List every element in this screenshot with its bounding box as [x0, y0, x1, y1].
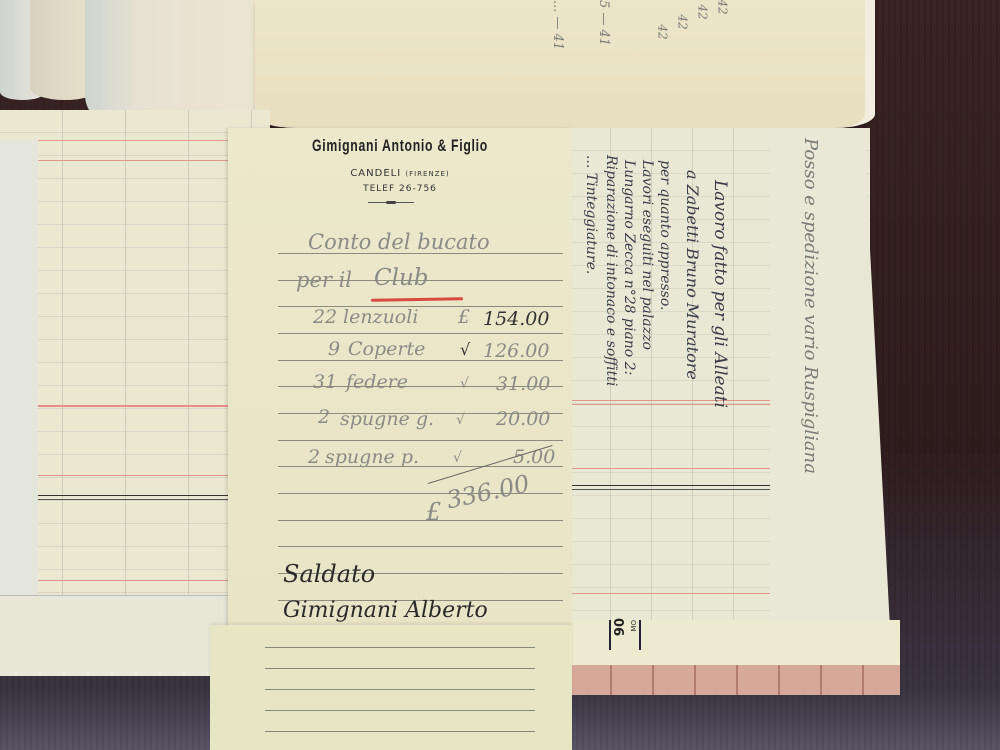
- item-amount: 154.00: [483, 308, 549, 330]
- pink-page-edges: [570, 665, 900, 695]
- item-amount: 126.00: [483, 340, 549, 362]
- rolled-page-3: [85, 0, 265, 125]
- total-amount: 336.00: [444, 470, 532, 515]
- item-qty: 9: [328, 338, 340, 360]
- top-date-note-1: ... — 41: [550, 0, 565, 50]
- company-city: CANDELI (FIRENZE): [228, 168, 572, 179]
- laundry-receipt: Gimignani Antonio & Figlio CANDELI (FIRE…: [228, 128, 572, 628]
- note-line-2: a Zabetti Bruno Muratore: [683, 170, 702, 380]
- item-description: spugne p.: [325, 446, 419, 468]
- header-ornament: [368, 202, 414, 203]
- bottom-left-sheet: [0, 595, 230, 676]
- company-name: Gimignani Antonio & Figlio: [276, 136, 524, 156]
- receipt-title-club: Club: [374, 265, 429, 291]
- note-line-5: Lungarno Zecca n°28 piano 2:: [621, 160, 637, 375]
- item-amount: 31.00: [496, 373, 550, 395]
- stub-label: MO: [630, 620, 638, 632]
- receipt-title-prefix: per il: [296, 268, 352, 292]
- currency-mark: £: [458, 306, 470, 328]
- city-name: CANDELI: [350, 168, 401, 179]
- receipt-title-line1: Conto del bucato: [308, 230, 490, 254]
- province-name: (FIRENZE): [405, 170, 449, 178]
- right-handwritten-note: Lavoro fatto per gli Alleati a Zabetti B…: [575, 140, 775, 470]
- stub-number: 90: [613, 618, 628, 636]
- item-description: spugne g.: [340, 408, 434, 430]
- total-currency: £: [426, 498, 441, 526]
- check-mark: √: [460, 340, 470, 359]
- item-description: lenzuoli: [343, 306, 418, 328]
- check-mark: √: [453, 450, 462, 466]
- note-line-1: Lavoro fatto per gli Alleati: [710, 180, 730, 408]
- folded-top-page: ... — 41 5 — 41 42 42 42 42: [255, 0, 875, 128]
- company-telephone: TELEF 26-756: [228, 184, 572, 194]
- top-number-4: 42: [716, 0, 730, 15]
- item-qty: 31: [313, 371, 337, 393]
- item-description: Coperte: [348, 338, 425, 360]
- top-number-1: 42: [656, 24, 670, 39]
- margin-pencil-note: Posso e spedizione vario Ruspigliana: [800, 138, 821, 474]
- note-line-6: Riparazione di intonaco e soffitti: [603, 155, 619, 386]
- top-number-2: 42: [676, 14, 690, 29]
- check-mark: √: [456, 412, 465, 428]
- item-qty: 2: [308, 446, 320, 468]
- top-number-3: 42: [696, 4, 710, 19]
- check-mark: √: [460, 376, 469, 392]
- left-edge-strip: [0, 140, 38, 600]
- item-description: federe: [346, 371, 408, 393]
- note-line-4: Lavori eseguiti nel palazzo: [639, 160, 655, 350]
- signature: Gimignani Alberto: [283, 598, 488, 623]
- club-red-underline: [371, 297, 463, 302]
- note-line-7: ... Tinteggiature.: [583, 155, 599, 274]
- paid-stamp: Saldato: [283, 560, 375, 588]
- note-line-3: per quanto appresso.: [657, 160, 673, 311]
- top-date-note-2: 5 — 41: [596, 0, 611, 46]
- item-qty: 2: [318, 406, 330, 428]
- item-amount: 20.00: [496, 408, 550, 430]
- receipt-lower-sheet: [210, 625, 572, 750]
- item-qty: 22: [313, 306, 337, 328]
